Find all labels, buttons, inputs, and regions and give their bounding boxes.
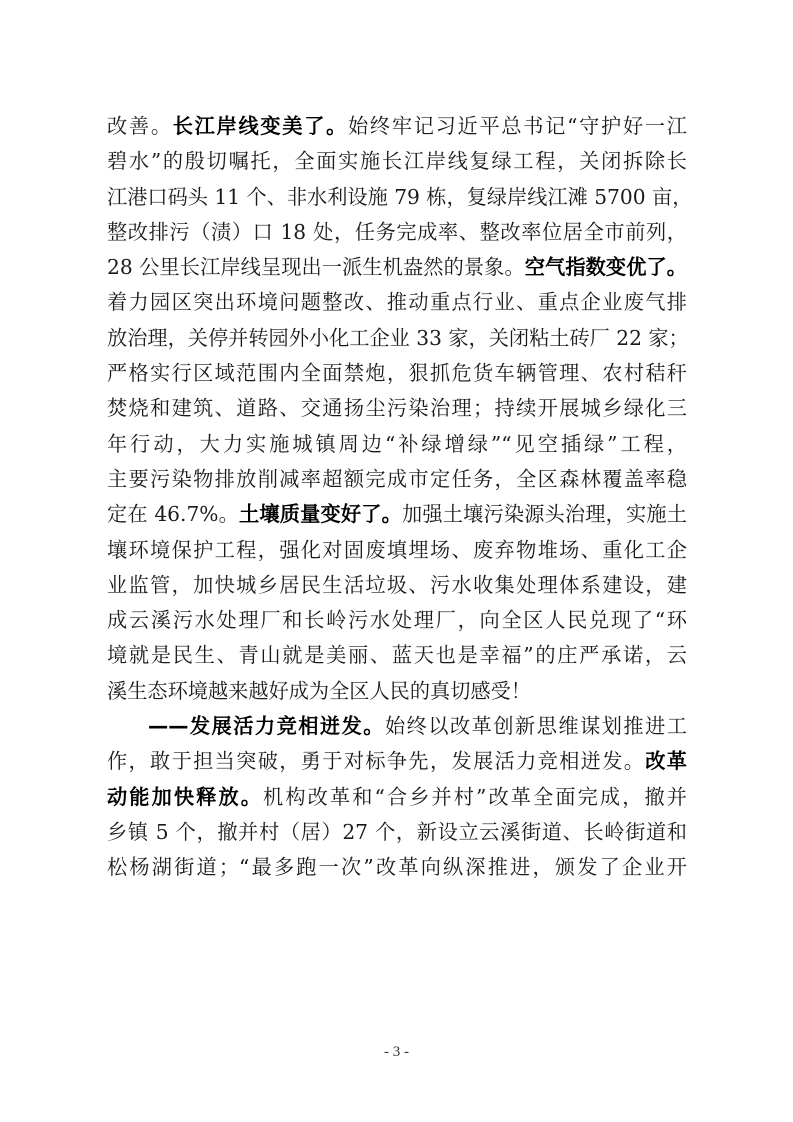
text-line: 严格实行区域范围内全面禁炮，狠抓危货车辆管理、农村秸秆 — [107, 356, 687, 391]
text-segment: 乡镇 5 个，撤并村（居）27 个，新设立云溪街道、长岭街道和 — [107, 820, 687, 844]
text-line: 主要污染物排放削减率超额完成市定任务，全区森林覆盖率稳 — [107, 462, 687, 497]
text-line: 溪生态环境越来越好成为全区人民的真切感受！ — [107, 674, 687, 709]
text-segment: 28 公里长江岸线呈现出一派生机盎然的景象。 — [107, 255, 525, 279]
text-line: 动能加快释放。机构改革和“合乡并村”改革全面完成，撤并 — [107, 780, 687, 815]
text-line: 碧水”的殷切嘱托，全面实施长江岸线复绿工程，关闭拆除长 — [107, 144, 687, 179]
text-line: 焚烧和建筑、道路、交通扬尘污染治理；持续开展城乡绿化三 — [107, 391, 687, 426]
text-segment: 碧水”的殷切嘱托，全面实施长江岸线复绿工程，关闭拆除长 — [107, 149, 687, 173]
text-line: 年行动，大力实施城镇周边“补绿增绿”“见空插绿”工程， — [107, 427, 687, 462]
text-segment: 始终牢记习近平总书记“守护好一江 — [348, 114, 687, 138]
text-line: 松杨湖街道；“最多跑一次”改革向纵深推进，颁发了企业开 — [107, 850, 687, 885]
text-segment: 放治理，关停并转园外小化工企业 33 家，关闭粘土砖厂 22 家； — [107, 326, 689, 350]
text-line: 成云溪污水处理厂和长岭污水处理厂，向全区人民兑现了“环 — [107, 603, 687, 638]
text-line: 乡镇 5 个，撤并村（居）27 个，新设立云溪街道、长岭街道和 — [107, 815, 687, 850]
text-segment: 加强土壤污染源头治理，实施土 — [402, 502, 687, 526]
page-number: - 3 - — [0, 1044, 793, 1061]
bold-heading-segment: 土壤质量变好了。 — [239, 502, 402, 526]
bold-heading-segment: 长江岸线变美了。 — [173, 114, 348, 138]
bold-heading-segment: 动能加快释放。 — [107, 785, 263, 809]
text-line: 壤环境保护工程，强化对固废填埋场、废弃物堆场、重化工企 — [107, 533, 687, 568]
bold-heading-segment: ——发展活力竞相迸发。 — [148, 714, 385, 738]
text-segment: 定在 46.7%。 — [107, 502, 239, 526]
text-segment: 着力园区突出环境问题整改、推动重点行业、重点企业废气排 — [107, 290, 687, 314]
bold-heading-segment: 空气指数变优了。 — [525, 255, 687, 279]
text-line: 作，敢于担当突破，勇于对标争先，发展活力竞相迸发。改革 — [107, 744, 687, 779]
text-segment: 作，敢于担当突破，勇于对标争先，发展活力竞相迸发。 — [107, 749, 645, 773]
text-segment: 主要污染物排放削减率超额完成市定任务，全区森林覆盖率稳 — [107, 467, 687, 491]
text-segment: 松杨湖街道；“最多跑一次”改革向纵深推进，颁发了企业开 — [107, 855, 687, 879]
text-line: ——发展活力竞相迸发。始终以改革创新思维谋划推进工 — [107, 709, 687, 744]
text-segment: 严格实行区域范围内全面禁炮，狠抓危货车辆管理、农村秸秆 — [107, 361, 687, 385]
text-line: 着力园区突出环境问题整改、推动重点行业、重点企业废气排 — [107, 285, 687, 320]
document-body: 改善。长江岸线变美了。始终牢记习近平总书记“守护好一江碧水”的殷切嘱托，全面实施… — [107, 109, 687, 886]
text-segment: 改善。 — [107, 114, 173, 138]
text-line: 改善。长江岸线变美了。始终牢记习近平总书记“守护好一江 — [107, 109, 687, 144]
text-segment: 业监管，加快城乡居民生活垃圾、污水收集处理体系建设，建 — [107, 573, 687, 597]
text-line: 江港口码头 11 个、非水利设施 79 栋，复绿岸线江滩 5700 亩， — [107, 180, 687, 215]
text-segment: 溪生态环境越来越好成为全区人民的真切感受！ — [107, 679, 531, 703]
text-segment: 焚烧和建筑、道路、交通扬尘污染治理；持续开展城乡绿化三 — [107, 396, 687, 420]
text-line: 28 公里长江岸线呈现出一派生机盎然的景象。空气指数变优了。 — [107, 250, 687, 285]
text-segment: 年行动，大力实施城镇周边“补绿增绿”“见空插绿”工程， — [107, 432, 687, 456]
text-segment: 始终以改革创新思维谋划推进工 — [385, 714, 687, 738]
text-line: 定在 46.7%。土壤质量变好了。加强土壤污染源头治理，实施土 — [107, 497, 687, 532]
text-line: 放治理，关停并转园外小化工企业 33 家，关闭粘土砖厂 22 家； — [107, 321, 687, 356]
text-segment: 成云溪污水处理厂和长岭污水处理厂，向全区人民兑现了“环 — [107, 608, 687, 632]
bold-heading-segment: 改革 — [645, 749, 687, 773]
text-segment: 整改排污（渍）口 18 处，任务完成率、整改率位居全市前列， — [107, 220, 687, 244]
text-segment: 壤环境保护工程，强化对固废填埋场、废弃物堆场、重化工企 — [107, 538, 687, 562]
text-line: 整改排污（渍）口 18 处，任务完成率、整改率位居全市前列， — [107, 215, 687, 250]
text-segment: 境就是民生、青山就是美丽、蓝天也是幸福”的庄严承诺，云 — [107, 643, 687, 667]
text-line: 业监管，加快城乡居民生活垃圾、污水收集处理体系建设，建 — [107, 568, 687, 603]
text-line: 境就是民生、青山就是美丽、蓝天也是幸福”的庄严承诺，云 — [107, 638, 687, 673]
text-segment: 江港口码头 11 个、非水利设施 79 栋，复绿岸线江滩 5700 亩， — [107, 185, 692, 209]
text-segment: 机构改革和“合乡并村”改革全面完成，撤并 — [263, 785, 687, 809]
